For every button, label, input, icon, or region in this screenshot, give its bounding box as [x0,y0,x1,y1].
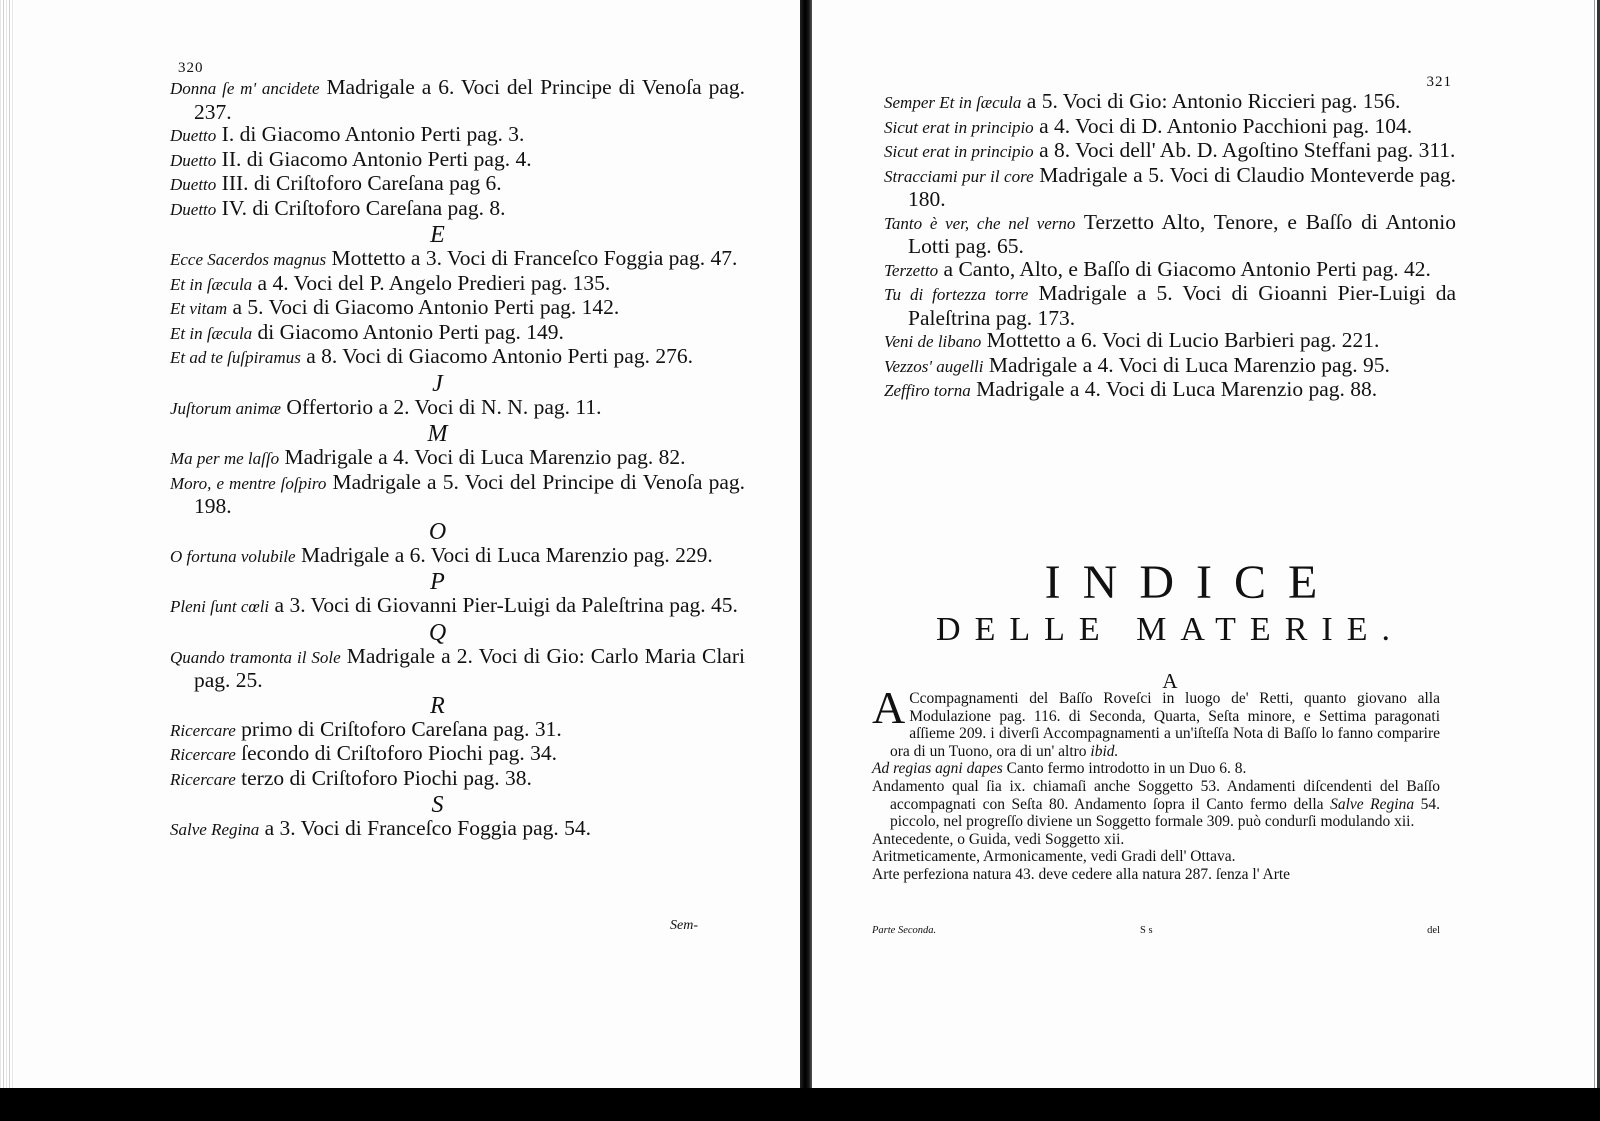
section-letter: M [170,422,745,446]
index-entry: Juſtorum animæ Offertorio a 2. Voci di N… [170,396,745,421]
entry-body: Offertorio a 2. Voci di N. N. pag. 11. [281,395,601,419]
entry-title: Duetto [170,151,216,170]
index-entry: Tanto è ver, che nel verno Terzetto Alto… [884,211,1456,258]
section-letter: Q [170,621,745,645]
entry-text: Salve Regina [1330,796,1414,813]
entry-body: II. di Giacomo Antonio Perti pag. 4. [216,147,531,171]
entry-title: O fortuna volubile [170,547,296,566]
index-entries: Donna ſe m' ancidete Madrigale a 6. Voci… [170,76,745,842]
footer-signature: S s [1140,925,1153,936]
index-entry: Veni de libano Mottetto a 6. Voci di Luc… [884,329,1456,354]
entry-body: Madrigale a 4. Voci di Luca Marenzio pag… [279,445,685,469]
entry-title: Duetto [170,175,216,194]
entry-title: Ricercare [170,770,236,789]
entry-title: Salve Regina [170,820,259,839]
entry-title: Terzetto [884,261,938,280]
entry-title: Tanto è ver, che nel verno [884,214,1075,233]
page-number: 321 [1427,74,1453,91]
entry-body: I. di Giacomo Antonio Perti pag. 3. [216,122,524,146]
entry-body: a 8. Voci di Giacomo Antonio Perti pag. … [301,344,693,368]
index-entry: Sicut erat in principio a 4. Voci di D. … [884,115,1456,140]
entry-title: Moro, e mentre ſoſpiro [170,474,326,493]
index-entry: Et ad te ſuſpiramus a 8. Voci di Giacomo… [170,345,745,370]
entry-body: a 4. Voci di D. Antonio Pacchioni pag. 1… [1034,114,1412,138]
index-entry: Ma per me laſſo Madrigale a 4. Voci di L… [170,446,745,471]
entry-title: Pleni ſunt cœli [170,597,269,616]
entry-text: Canto fermo introdotto in un Duo 6. 8. [1003,760,1247,777]
entry-body: Madrigale a 4. Voci di Luca Marenzio pag… [984,353,1390,377]
page-edge-left [0,0,14,1088]
index-entry: Et vitam a 5. Voci di Giacomo Antonio Pe… [170,296,745,321]
materie-entry: Ad regias agni dapes Canto fermo introdo… [872,760,1440,778]
entry-body: a Canto, Alto, e Baſſo di Giacomo Antoni… [938,257,1431,281]
entry-text: Antecedente, o Guida, vedi Soggetto xii. [872,831,1124,848]
index-entry: Et in ſæcula di Giacomo Antonio Perti pa… [170,321,745,346]
entry-title: Duetto [170,200,216,219]
index-entry: Ecce Sacerdos magnus Mottetto a 3. Voci … [170,247,745,272]
section-letter: R [170,694,745,718]
index-heading-subtitle: DELLE MATERIE. [884,612,1456,648]
entry-text: Arte perfeziona natura 43. deve cedere a… [872,866,1290,883]
entry-body: a 3. Voci di Franceſco Foggia pag. 54. [259,816,591,840]
entry-title: Stracciami pur il core [884,167,1034,186]
index-entry: Duetto I. di Giacomo Antonio Perti pag. … [170,123,745,148]
entry-title: Et in ſæcula [170,275,252,294]
entry-title: Donna ſe m' ancidete [170,79,320,98]
entry-body: a 8. Voci dell' Ab. D. Agoſtino Steffani… [1034,138,1456,162]
index-entry: Semper Et in ſæcula a 5. Voci di Gio: An… [884,90,1456,115]
page-footer: Parte Seconda. S s del [872,925,1440,936]
entry-title: Et vitam [170,299,227,318]
entry-title: Et in ſæcula [170,324,252,343]
page-edge-right [1592,0,1600,1088]
entry-body: a 4. Voci del P. Angelo Predieri pag. 13… [252,271,610,295]
entry-title: Ricercare [170,745,236,764]
entry-title: Juſtorum animæ [170,399,281,418]
entry-body: Madrigale a 6. Voci di Luca Marenzio pag… [296,543,713,567]
index-entry: Et in ſæcula a 4. Voci del P. Angelo Pre… [170,272,745,297]
index-entry: Duetto III. di Criſtoforo Careſana pag 6… [170,172,745,197]
entry-title: Semper Et in ſæcula [884,93,1021,112]
index-entry: Moro, e mentre ſoſpiro Madrigale a 5. Vo… [170,471,745,518]
entry-body: primo di Criſtoforo Careſana pag. 31. [236,717,562,741]
index-entry: O fortuna volubile Madrigale a 6. Voci d… [170,544,745,569]
section-letter: O [170,520,745,544]
index-entry: Ricercare terzo di Criſtoforo Piochi pag… [170,767,745,792]
index-entry: Zeffiro torna Madrigale a 4. Voci di Luc… [884,378,1456,403]
index-entry: Donna ſe m' ancidete Madrigale a 6. Voci… [170,76,745,123]
section-letter: S [170,793,745,817]
index-entry: Stracciami pur il core Madrigale a 5. Vo… [884,164,1456,211]
section-letter: J [170,372,745,396]
entry-body: a 5. Voci di Giacomo Antonio Perti pag. … [227,295,619,319]
index-entry: Ricercare primo di Criſtoforo Careſana p… [170,718,745,743]
entry-title: Ma per me laſſo [170,449,279,468]
entry-body: III. di Criſtoforo Careſana pag 6. [216,171,501,195]
entry-body: Mottetto a 3. Voci di Franceſco Foggia p… [326,246,737,270]
footer-catchword: del [1427,925,1440,936]
entry-title: Duetto [170,126,216,145]
entry-body: ſecondo di Criſtoforo Piochi pag. 34. [236,741,557,765]
entry-title: Zeffiro torna [884,381,971,400]
entry-title: Veni de libano [884,332,981,351]
index-entry: Vezzos' augelli Madrigale a 4. Voci di L… [884,354,1456,379]
entry-title: Tu di fortezza torre [884,285,1028,304]
materie-entry: ACcompagnamenti del Baſſo Roveſci in luo… [872,690,1440,760]
index-entry: Quando tramonta il Sole Madrigale a 2. V… [170,645,745,692]
index-entry: Pleni ſunt cœli a 3. Voci di Giovanni Pi… [170,594,745,619]
section-letter: E [170,223,745,247]
entry-text: Aritmeticamente, Armonicamente, vedi Gra… [872,848,1235,865]
entry-title: Sicut erat in principio [884,118,1034,137]
index-entry: Terzetto a Canto, Alto, e Baſſo di Giaco… [884,258,1456,283]
book-spread: 320 Donna ſe m' ancidete Madrigale a 6. … [0,0,1600,1088]
book-gutter [800,0,812,1088]
entry-body: Madrigale a 4. Voci di Luca Marenzio pag… [971,377,1377,401]
entry-body: a 3. Voci di Giovanni Pier-Luigi da Pale… [269,593,738,617]
entry-text: Ccompagnamenti del Baſſo Roveſci in luog… [890,690,1440,760]
entry-title: Ricercare [170,721,236,740]
entry-title: Et ad te ſuſpiramus [170,348,301,367]
entry-body: terzo di Criſtoforo Piochi pag. 38. [236,766,532,790]
entry-ibid: ibid. [1090,743,1118,760]
index-entry: Sicut erat in principio a 8. Voci dell' … [884,139,1456,164]
index-heading-title: INDICE [884,558,1478,608]
drop-cap: A [872,690,905,726]
materie-entry: Aritmeticamente, Armonicamente, vedi Gra… [872,848,1440,866]
index-entry: Ricercare ſecondo di Criſtoforo Piochi p… [170,742,745,767]
entry-body: di Giacomo Antonio Perti pag. 149. [252,320,564,344]
materie-entry: Antecedente, o Guida, vedi Soggetto xii. [872,831,1440,849]
index-entry: Salve Regina a 3. Voci di Franceſco Fogg… [170,817,745,842]
page-number: 320 [178,60,204,77]
materie-entry: Andamento qual ſia ix. chiamaſi anche So… [872,778,1440,831]
index-entries: Semper Et in ſæcula a 5. Voci di Gio: An… [884,90,1456,403]
scan-background [0,1088,1600,1121]
index-entry: Duetto IV. di Criſtoforo Careſana pag. 8… [170,197,745,222]
materie-entry: Arte perfeziona natura 43. deve cedere a… [872,866,1440,884]
entry-body: IV. di Criſtoforo Careſana pag. 8. [216,196,505,220]
entry-title: Sicut erat in principio [884,142,1034,161]
entry-title: Quando tramonta il Sole [170,648,341,667]
footer-part: Parte Seconda. [872,925,936,936]
entry-text: Ad regias agni dapes [872,760,1003,777]
section-letter: P [170,570,745,594]
entry-body: Mottetto a 6. Voci di Lucio Barbieri pag… [981,328,1379,352]
index-entry: Duetto II. di Giacomo Antonio Perti pag.… [170,148,745,173]
materie-index: ACcompagnamenti del Baſſo Roveſci in luo… [872,690,1440,884]
index-entry: Tu di fortezza torre Madrigale a 5. Voci… [884,282,1456,329]
entry-body: a 5. Voci di Gio: Antonio Riccieri pag. … [1021,89,1400,113]
entry-title: Ecce Sacerdos magnus [170,250,326,269]
catchword: Sem- [670,918,698,934]
entry-title: Vezzos' augelli [884,357,984,376]
